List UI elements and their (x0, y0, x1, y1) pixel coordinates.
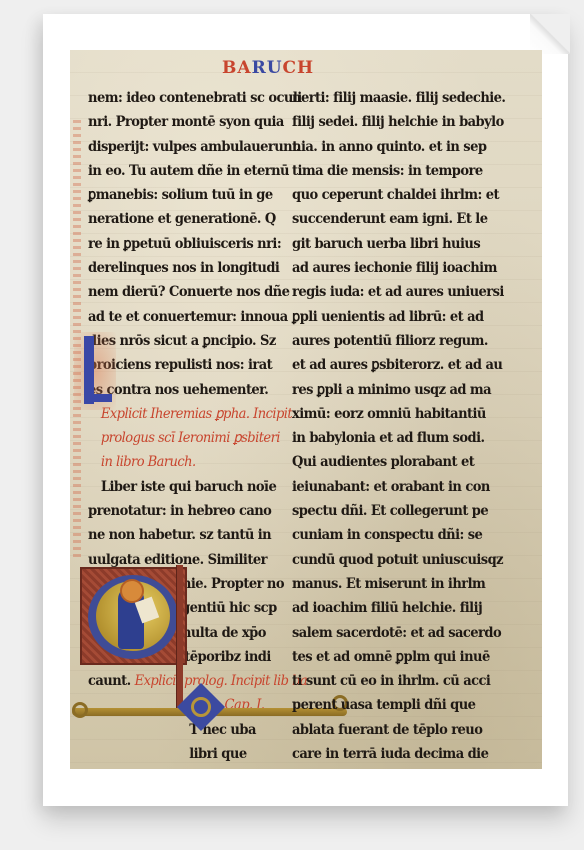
left-terminal-curl (72, 702, 88, 718)
text-line: et ad aures ꝑsbiterorz. et ad au (292, 353, 505, 377)
right-column: nerti: filij maasie. filij sedechie. fil… (292, 86, 505, 769)
text-line: ti sunt cū eo in ihrlm. cū acci (292, 669, 505, 693)
text-line: scripsit ba (88, 766, 307, 769)
running-title-blue: RU (252, 58, 283, 78)
rubric-line: in libro Baruch. (88, 450, 307, 474)
text-line: disperijt: vulpes ambulauerunt (88, 135, 307, 159)
text-line: Qui audientes plorabant et (292, 450, 505, 474)
text-line: care in terrā iuda decima die (292, 742, 505, 766)
text-line: derelinques nos in longitudi (88, 256, 307, 280)
page-curl (530, 14, 570, 54)
text-line: tes et ad omnē ꝑplm qui inuē (292, 645, 505, 669)
text-line: ablata fuerant de tēplo reuo (292, 718, 505, 742)
text-line: prenotatur: in hebreo cano (88, 499, 307, 523)
initial-foot (84, 394, 112, 402)
text-line: re in ꝑpetuū obliuisceris nri: (88, 232, 307, 256)
decorated-initial-l (74, 332, 116, 410)
text-line: spectu dñi. Et collegerunt pe (292, 499, 505, 523)
rubric-fragment: Explicit prolog. Incipit lib ba (135, 673, 307, 689)
text-line: ad ioachim filiū helchie. filij (292, 596, 505, 620)
spiral-ornament (191, 697, 211, 717)
text-line: cuniam in conspectu dñi: se (292, 523, 505, 547)
initial-extension-stem (176, 565, 183, 715)
running-title: BARUCH (222, 58, 314, 78)
text-line: nia. in anno quinto. et in sep (292, 135, 505, 159)
text-line: in eo. Tu autem dñe in eternū (88, 159, 307, 183)
text-fragment: caunt. (88, 673, 131, 689)
text-line: manus. Et miserunt in ihrlm (292, 572, 505, 596)
text-line: neratione et generationē. Q (88, 207, 307, 231)
text-line: res ꝑpli a minimo usqz ad ma (292, 378, 505, 402)
text-line: es contra nos uehementer. (88, 378, 307, 402)
text-line: ad aures iechonie filij ioachim (292, 256, 505, 280)
text-line: filij sedei. filij helchie in babylo (292, 110, 505, 134)
text-line: proiciens repulisti nos: irat (88, 353, 307, 377)
text-line: git baruch uerba libri huius (292, 232, 505, 256)
text-line: dies nrōs sicut a ꝑncipio. Sz (88, 329, 307, 353)
running-title-red: BA (222, 58, 252, 78)
text-line: ꝑpli uenientis ad librū: et ad (292, 305, 505, 329)
text-line: salem sacerdotē: et ad sacerdo (292, 621, 505, 645)
text-line: mensis syban: uasa argētea (292, 766, 505, 769)
text-line: aures potentiū filiorz regum. (292, 329, 505, 353)
left-column: nem: ideo contenebrati sc oculi nri. Pro… (88, 86, 307, 769)
text-line: Liber iste qui baruch noīe (88, 475, 307, 499)
text-line: succenderunt eam igni. Et le (292, 207, 505, 231)
text-line: nem dierū? Conuerte nos dñe (88, 280, 307, 304)
text-line: ximū: eorz omniū habitantiū (292, 402, 505, 426)
historiated-initial-e (80, 567, 187, 665)
text-line: libri que (88, 742, 307, 766)
text-line: ne non habetur. sz tantū in (88, 523, 307, 547)
rubric-line: prologus scī Ieronimi ꝑsbiteri (88, 426, 307, 450)
text-line: tima die mensis: in tempore (292, 159, 505, 183)
text-line: in babylonia et ad flum sodi. (292, 426, 505, 450)
text-line: ad te et conuertemur: innoua (88, 305, 307, 329)
text-line: ieiunabant: et orabant in con (292, 475, 505, 499)
text-line: regis iuda: et ad aures uniuersi (292, 280, 505, 304)
text-line: quo ceperunt chaldei ihrlm: et (292, 183, 505, 207)
manuscript-folio: BARUCH nem: ideo contenebrati sc oculi n… (70, 50, 542, 769)
rubric-line: Explicit Iheremias ꝑpha. Incipit (88, 402, 307, 426)
text-line: perent uasa templi dñi que (292, 693, 505, 717)
text-line: nerti: filij maasie. filij sedechie. (292, 86, 505, 110)
text-line: nri. Propter montē syon quia (88, 110, 307, 134)
text-line: ꝑmanebis: solium tuū in ge (88, 183, 307, 207)
running-title-red-end: CH (283, 58, 315, 78)
text-line: cundū quod potuit uniuscuisqz (292, 548, 505, 572)
text-line: nem: ideo contenebrati sc oculi (88, 86, 307, 110)
